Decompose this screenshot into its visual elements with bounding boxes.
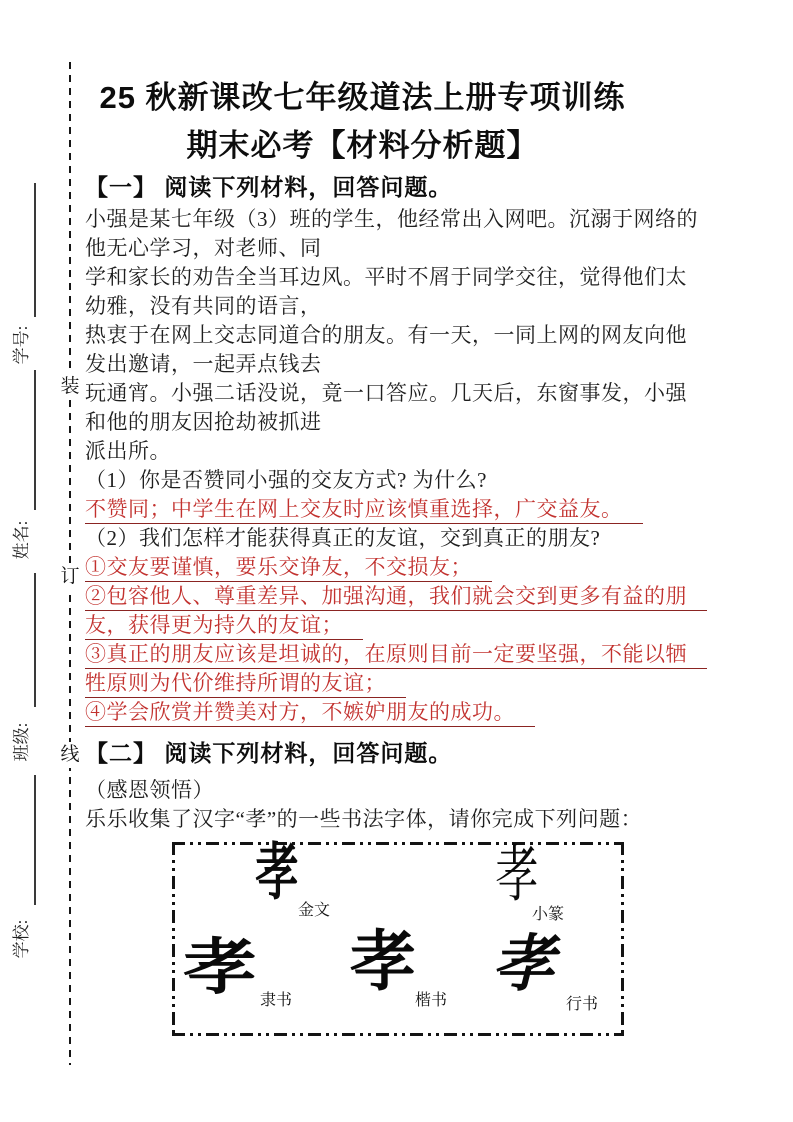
info-blank-line bbox=[34, 183, 36, 317]
box-border-bottom bbox=[172, 1033, 624, 1036]
box-border-right bbox=[621, 842, 624, 1036]
binding-char: 订 bbox=[55, 564, 85, 590]
material-text: 小强是某七年级（3）班的学生，他经常出入网吧。沉溺于网络的 bbox=[85, 207, 698, 231]
material-text: 他无心学习，对老师、同 bbox=[85, 236, 322, 260]
answer-line: 友，获得更为持久的友谊； bbox=[85, 611, 709, 640]
margin-field-label: 学校: bbox=[8, 904, 36, 974]
section1-heading: 【一】 阅读下列材料，回答问题。 bbox=[85, 172, 725, 202]
calligraphy-glyph: 孝 bbox=[492, 934, 554, 996]
answer-line: ④学会欣赏并赞美对方，不嫉妒朋友的成功。 bbox=[85, 698, 709, 727]
answer-line: ①交友要谨慎，要乐交诤友，不交损友； bbox=[85, 553, 709, 582]
calligraphy-style-label: 金文 bbox=[298, 902, 330, 920]
info-blank-line bbox=[34, 370, 36, 510]
calligraphy-glyph: 孝 bbox=[350, 930, 416, 996]
calligraphy-glyph: 孝 bbox=[255, 842, 298, 904]
calligraphy-style-label: 小篆 bbox=[532, 906, 564, 924]
material-text: 和他的朋友因抢劫被抓进 bbox=[85, 410, 322, 434]
answer-text: ②包容他人、尊重差异、加强沟通，我们就会交到更多有益的朋 bbox=[85, 583, 707, 611]
binding-char: 线 bbox=[55, 742, 85, 768]
info-blank-line bbox=[34, 573, 36, 707]
section1-body: 小强是某七年级（3）班的学生，他经常出入网吧。沉溺于网络的他无心学习，对老师、同… bbox=[85, 205, 709, 727]
section2-intro: 乐乐收集了汉字“孝”的一些书法字体，请你完成下列问题： bbox=[85, 805, 725, 834]
binding-char: 装 bbox=[55, 374, 85, 400]
answer-line: ②包容他人、尊重差异、加强沟通，我们就会交到更多有益的朋 bbox=[85, 582, 709, 611]
margin-field-label: 姓名: bbox=[8, 505, 36, 575]
box-border-left bbox=[172, 842, 175, 1036]
answer-text: ④学会欣赏并赞美对方，不嫉妒朋友的成功。 bbox=[85, 699, 535, 727]
answer-text: 牲原则为代价维持所谓的友谊； bbox=[85, 670, 406, 698]
info-blank-line bbox=[34, 775, 36, 905]
question-text: （2）我们怎样才能获得真正的友谊，交到真正的朋友? bbox=[85, 526, 600, 550]
answer-line: ③真正的朋友应该是坦诚的，在原则目前一定要坚强，不能以牺 bbox=[85, 640, 709, 669]
material-line: 幼雅，没有共同的语言， bbox=[85, 292, 709, 321]
margin-field-label: 班级: bbox=[8, 707, 36, 777]
page-title-line2: 期末必考【材料分析题】 bbox=[40, 124, 685, 168]
material-text: 幼雅，没有共同的语言， bbox=[85, 294, 322, 318]
answer-line: 不赞同；中学生在网上交友时应该慎重选择，广交益友。 bbox=[85, 495, 709, 524]
calligraphy-style-label: 隶书 bbox=[260, 992, 292, 1010]
answer-line: 牲原则为代价维持所谓的友谊； bbox=[85, 669, 709, 698]
answer-text: ③真正的朋友应该是坦诚的，在原则目前一定要坚强，不能以牺 bbox=[85, 641, 707, 669]
material-line: 小强是某七年级（3）班的学生，他经常出入网吧。沉溺于网络的 bbox=[85, 205, 709, 234]
section2-heading: 【二】 阅读下列材料，回答问题。 bbox=[85, 738, 725, 768]
material-line: 他无心学习，对老师、同 bbox=[85, 234, 709, 263]
calligraphy-style-label: 楷书 bbox=[415, 992, 447, 1010]
section2-subtitle: （感恩领悟） bbox=[85, 776, 725, 805]
page-title-line1: 25 秋新课改七年级道法上册专项训练 bbox=[40, 76, 685, 120]
question-line: （2）我们怎样才能获得真正的友谊，交到真正的朋友? bbox=[85, 524, 709, 553]
calligraphy-style-label: 行书 bbox=[566, 996, 598, 1014]
worksheet-page: 学号:姓名:班级:学校: 装订线 25 秋新课改七年级道法上册专项训练 期末必考… bbox=[0, 0, 793, 1122]
calligraphy-glyph: 孝 bbox=[495, 844, 538, 906]
material-text: 学和家长的劝告全当耳边风。平时不屑于同学交往，觉得他们太 bbox=[85, 265, 687, 289]
material-line: 热衷于在网上交志同道合的朋友。有一天，一同上网的网友向他 bbox=[85, 321, 709, 350]
material-line: 学和家长的劝告全当耳边风。平时不屑于同学交往，觉得他们太 bbox=[85, 263, 709, 292]
material-line: 发出邀请，一起弄点钱去 bbox=[85, 350, 709, 379]
material-line: 玩通宵。小强二话没说，竟一口答应。几天后，东窗事发，小强 bbox=[85, 379, 709, 408]
material-text: 发出邀请，一起弄点钱去 bbox=[85, 352, 322, 376]
answer-text: 友，获得更为持久的友谊； bbox=[85, 612, 363, 640]
question-text: （1）你是否赞同小强的交友方式? 为什么? bbox=[85, 468, 487, 492]
material-text: 玩通宵。小强二话没说，竟一口答应。几天后，东窗事发，小强 bbox=[85, 381, 687, 405]
material-text: 热衷于在网上交志同道合的朋友。有一天，一同上网的网友向他 bbox=[85, 323, 687, 347]
material-line: 派出所。 bbox=[85, 437, 709, 466]
calligraphy-glyph: 孝 bbox=[183, 938, 257, 999]
material-line: 和他的朋友因抢劫被抓进 bbox=[85, 408, 709, 437]
material-text: 派出所。 bbox=[85, 439, 171, 463]
box-border-top bbox=[172, 842, 624, 845]
answer-text: 不赞同；中学生在网上交友时应该慎重选择，广交益友。 bbox=[85, 496, 643, 524]
question-line: （1）你是否赞同小强的交友方式? 为什么? bbox=[85, 466, 709, 495]
answer-text: ①交友要谨慎，要乐交诤友，不交损友； bbox=[85, 554, 492, 582]
margin-field-label: 学号: bbox=[8, 310, 36, 380]
calligraphy-box: 孝金文孝小篆孝隶书孝楷书孝行书 bbox=[172, 842, 624, 1036]
